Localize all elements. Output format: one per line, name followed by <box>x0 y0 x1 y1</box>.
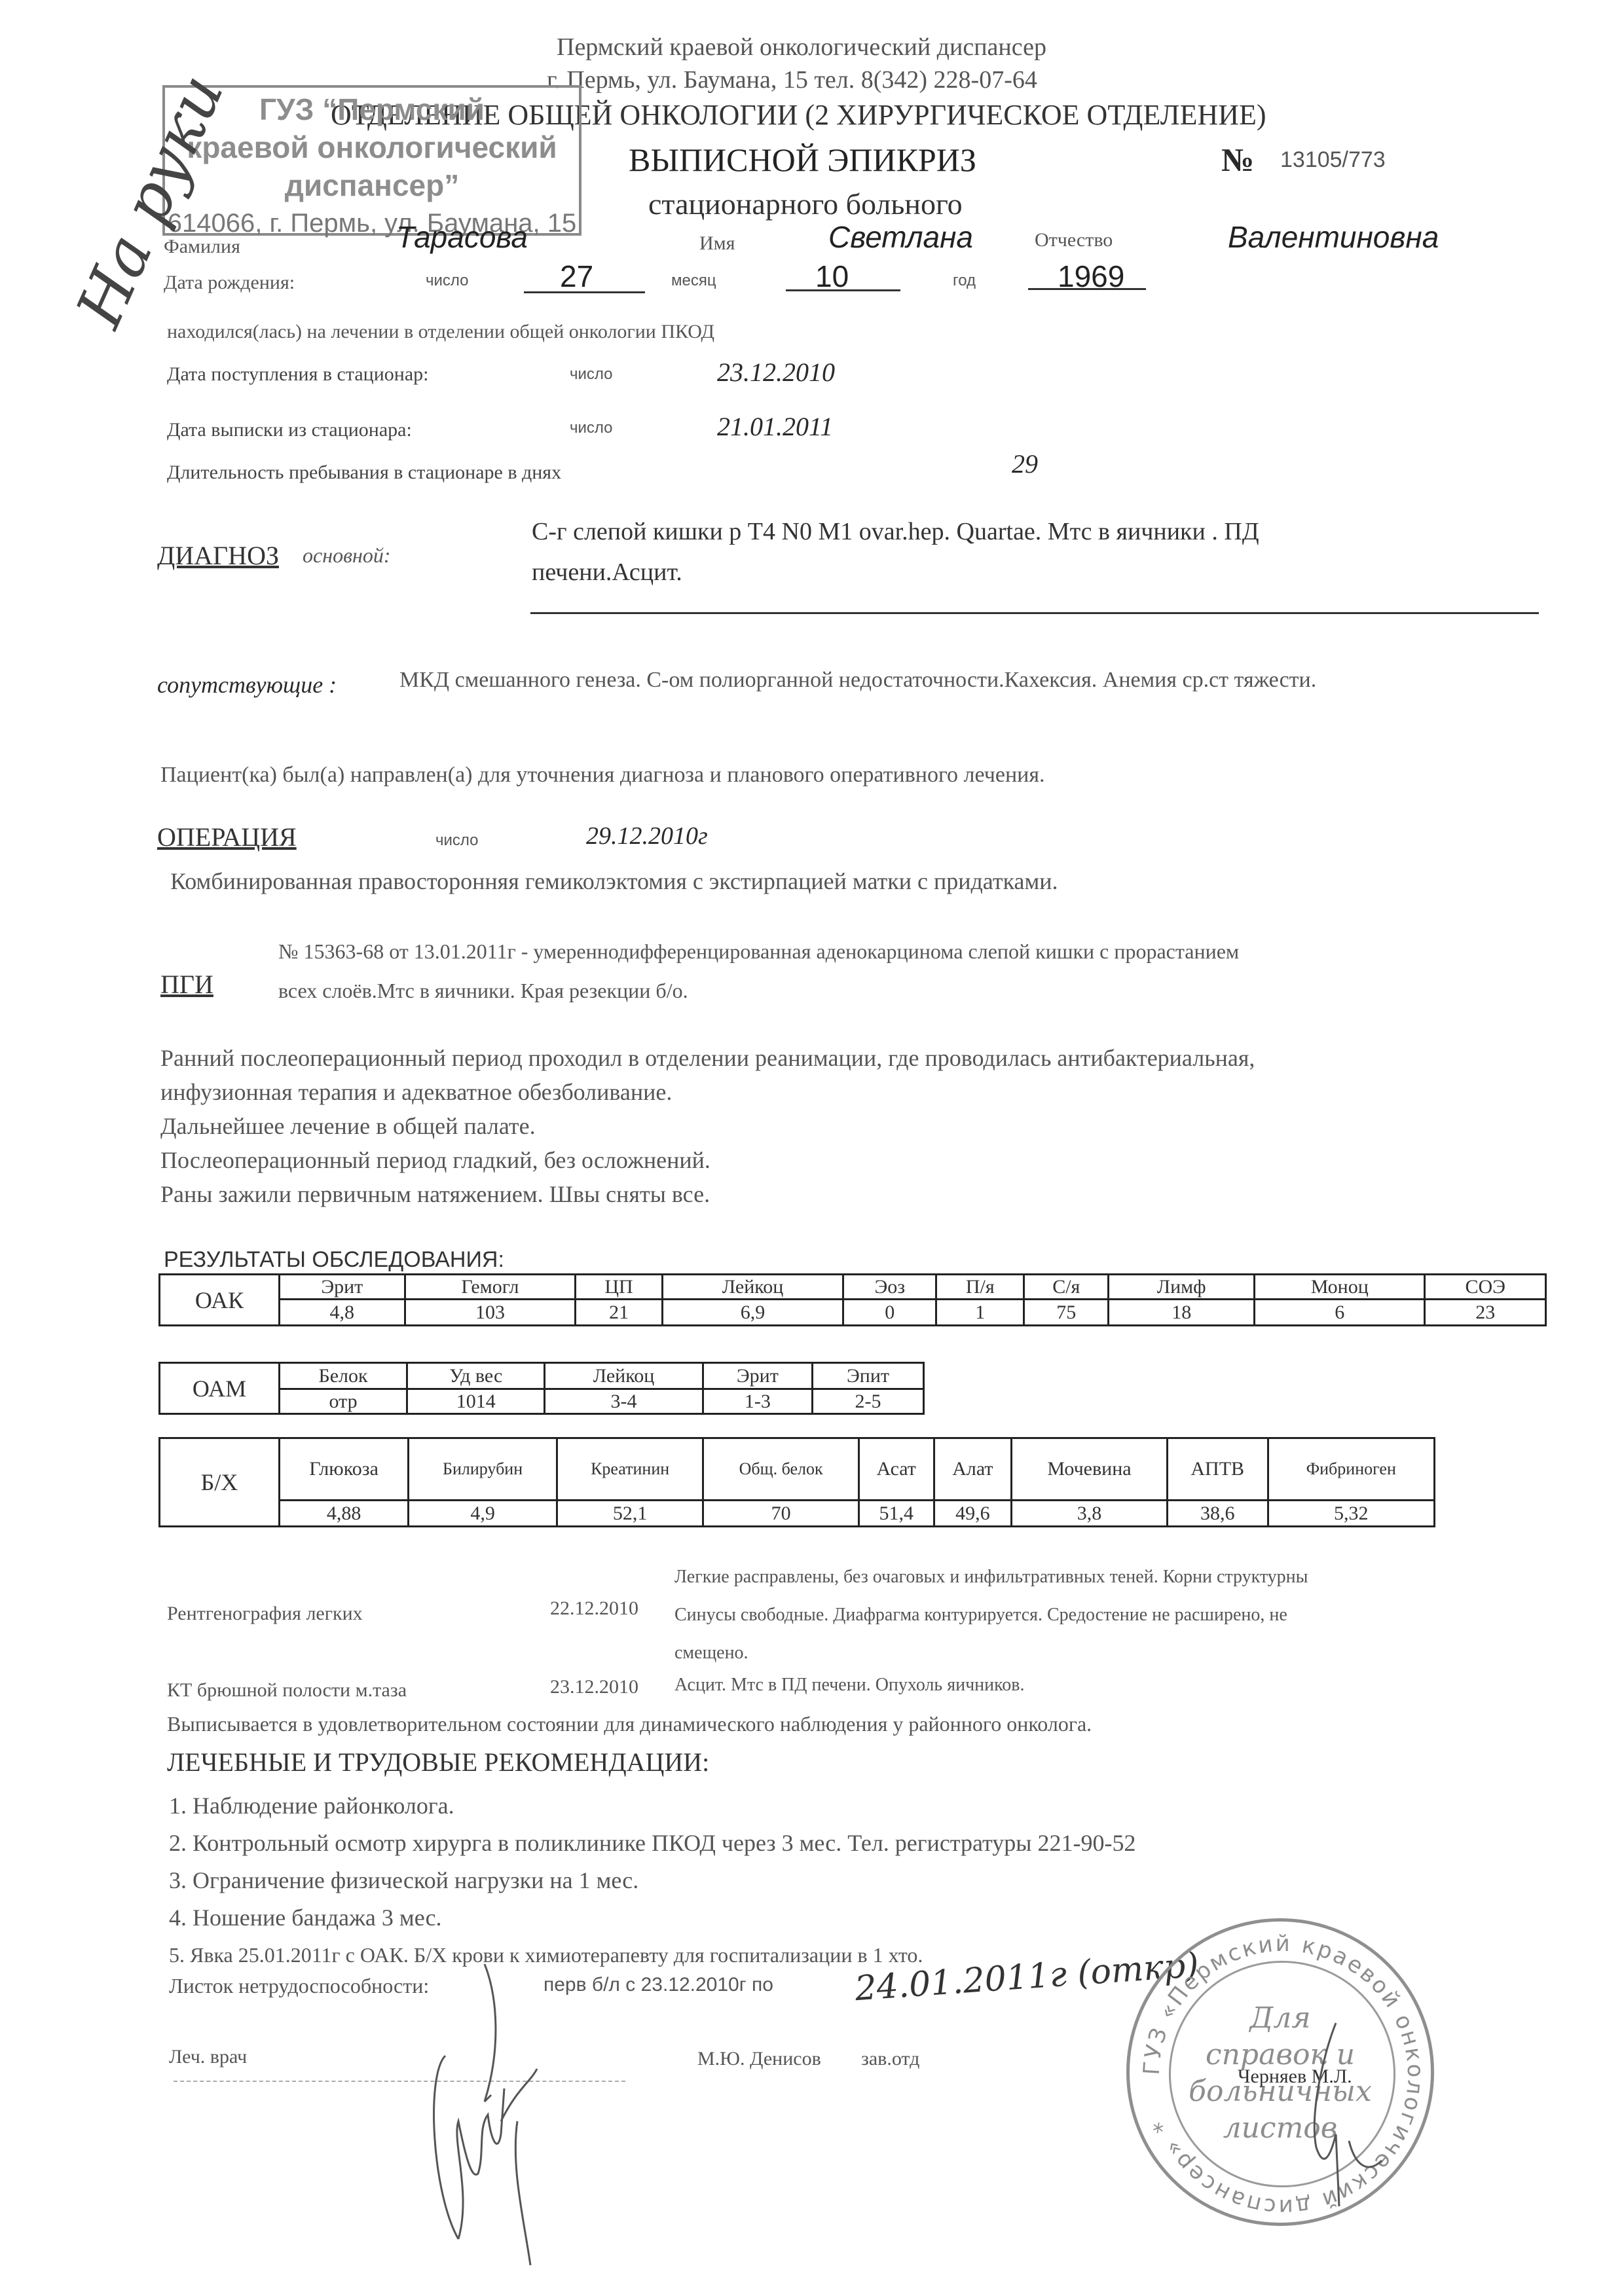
recommendations-title: ЛЕЧЕБНЫЕ И ТРУДОВЫЕ РЕКОМЕНДАЦИИ: <box>167 1747 709 1777</box>
lab-header-cell: СОЭ <box>1425 1275 1546 1300</box>
lab-header-cell: Мочевина <box>1012 1438 1168 1501</box>
bh-label: Б/Х <box>160 1438 280 1527</box>
patronymic-label: Отчество <box>1035 229 1113 251</box>
diagnosis-line-2: печени.Асцит. <box>532 558 682 587</box>
surname-value: Тарасова <box>396 219 528 255</box>
lab-value-cell: 52,1 <box>557 1501 703 1527</box>
lab-header-cell: Уд вес <box>407 1363 545 1389</box>
head-label: зав.отд <box>861 2048 919 2070</box>
lab-value-cell: отр <box>280 1389 407 1414</box>
recommendation-item: 2. Контрольный осмотр хирурга в поликлин… <box>169 1825 1135 1862</box>
lab-value-cell: 38,6 <box>1167 1501 1268 1527</box>
name-label: Имя <box>699 232 735 255</box>
head-signature <box>1277 2016 1408 2213</box>
admission-date: 23.12.2010 <box>717 357 835 388</box>
recommendations-list: 1. Наблюдение районколога. 2. Контрольны… <box>169 1787 1135 1974</box>
sick-leave-text: перв б/л с 23.12.2010г по <box>544 1974 773 1996</box>
oam-label: ОАМ <box>160 1363 280 1414</box>
lab-header-cell: П/я <box>936 1275 1024 1300</box>
lab-header-cell: Асат <box>858 1438 934 1501</box>
dob-year-label: год <box>953 272 976 290</box>
lab-value-cell: 70 <box>703 1501 859 1527</box>
lab-value-cell: 1-3 <box>703 1389 812 1414</box>
operation-date-label: число <box>435 831 479 850</box>
stamp-line-2: краевой онкологический <box>165 128 579 166</box>
lab-value-cell: 51,4 <box>858 1501 934 1527</box>
operation-description: Комбинированная правосторонняя гемиколэк… <box>170 867 1058 895</box>
imaging-ct-date: 23.12.2010 <box>550 1676 638 1698</box>
name-value: Светлана <box>828 219 973 255</box>
lab-header-cell: Лимф <box>1109 1275 1255 1300</box>
lab-header-cell: Билирубин <box>409 1438 557 1501</box>
document-subtitle: стационарного больного <box>648 187 963 221</box>
lab-header-cell: ЦП <box>576 1275 663 1300</box>
diagnosis-underline <box>530 612 1539 614</box>
lab-header-cell: Эоз <box>843 1275 936 1300</box>
lab-header-cell: Лейкоц <box>662 1275 843 1300</box>
doctor-name: М.Ю. Денисов <box>697 2048 821 2070</box>
lab-value-cell: 0 <box>843 1300 936 1326</box>
results-title: РЕЗУЛЬТАТЫ ОБСЛЕДОВАНИЯ: <box>164 1247 504 1273</box>
surname-label: Фамилия <box>164 236 240 258</box>
discharge-note: Выписывается в удовлетворительном состоя… <box>167 1712 1092 1736</box>
histology-line-2: всех слоёв.Мтс в яичники. Края резекции … <box>278 979 688 1003</box>
lab-value-cell: 1014 <box>407 1389 545 1414</box>
oak-table: ОАК ЭритГемоглЦПЛейкоцЭозП/яС/яЛимфМоноц… <box>158 1273 1547 1326</box>
document-title: ВЫПИСНОЙ ЭПИКРИЗ <box>629 141 976 179</box>
dob-month-underline <box>786 289 900 291</box>
lab-header-cell: Моноц <box>1255 1275 1425 1300</box>
lab-value-cell: 3-4 <box>545 1389 703 1414</box>
dob-day-label: число <box>426 272 469 290</box>
duration-days: 29 <box>1012 448 1038 479</box>
diagnosis-label: ДИАГНОЗ <box>157 540 279 571</box>
lab-header-cell: Глюкоза <box>280 1438 409 1501</box>
lab-value-cell: 6,9 <box>662 1300 843 1326</box>
postop-line: Послеоперационный период гладкий, без ос… <box>160 1143 1255 1177</box>
institution-address: г. Пермь, ул. Баумана, 15 тел. 8(342) 22… <box>547 65 1037 94</box>
operation-date: 29.12.2010г <box>586 822 708 850</box>
imaging-xray-date: 22.12.2010 <box>550 1597 638 1620</box>
dob-month-label: месяц <box>671 272 716 290</box>
concomitant-text: МКД смешанного генеза. С-ом полиорганной… <box>399 668 1316 693</box>
histology-line-1: № 15363-68 от 13.01.2011г - умереннодифф… <box>278 939 1239 964</box>
lab-header-cell: Эрит <box>280 1275 405 1300</box>
lab-value-cell: 4,9 <box>409 1501 557 1527</box>
recommendation-item: 1. Наблюдение районколога. <box>169 1787 1135 1825</box>
recommendation-item: 3. Ограничение физической нагрузки на 1 … <box>169 1862 1135 1899</box>
document-number-label: № <box>1221 141 1254 179</box>
stay-intro: находился(лась) на лечении в отделении о… <box>167 321 714 343</box>
lab-value-cell: 6 <box>1255 1300 1425 1326</box>
lab-value-cell: 23 <box>1425 1300 1546 1326</box>
lab-value-cell: 2-5 <box>813 1389 924 1414</box>
lab-header-cell: Фибриноген <box>1268 1438 1435 1501</box>
imaging-finding-line: Легкие расправлены, без очаговых и инфил… <box>674 1558 1308 1596</box>
imaging-xray-findings: Легкие расправлены, без очаговых и инфил… <box>674 1558 1308 1672</box>
discharge-sub: число <box>570 419 613 437</box>
dob-year-underline <box>1028 288 1146 290</box>
lab-value-cell: 5,32 <box>1268 1501 1435 1527</box>
bh-table: Б/Х ГлюкозаБилирубинКреатининОбщ. белокА… <box>158 1437 1435 1527</box>
imaging-ct-name: КТ брюшной полости м.таза <box>167 1679 407 1702</box>
recommendation-item: 4. Ношение бандажа 3 мес. <box>169 1899 1135 1937</box>
referral-text: Пациент(ка) был(а) направлен(а) для уточ… <box>160 763 1044 788</box>
imaging-xray-name: Рентгенография легких <box>167 1603 363 1625</box>
lab-value-cell: 103 <box>405 1300 576 1326</box>
dob-label: Дата рождения: <box>164 272 295 294</box>
postop-line: инфузионная терапия и адекватное обезбол… <box>160 1075 1255 1109</box>
lab-value-cell: 75 <box>1024 1300 1109 1326</box>
lab-header-cell: АПТВ <box>1167 1438 1268 1501</box>
lab-header-cell: Эпит <box>813 1363 924 1389</box>
operation-label: ОПЕРАЦИЯ <box>157 822 297 852</box>
institution-name: Пермский краевой онкологический диспансе… <box>557 33 1046 62</box>
imaging-finding-line: Синусы свободные. Диафрагма контурируетс… <box>674 1596 1308 1634</box>
lab-value-cell: 49,6 <box>934 1501 1011 1527</box>
lab-value-cell: 4,88 <box>280 1501 409 1527</box>
doctor-label: Леч. врач <box>169 2046 247 2068</box>
admission-label: Дата поступления в стационар: <box>167 363 428 386</box>
lab-header-cell: Лейкоц <box>545 1363 703 1389</box>
oam-table: ОАМ БелокУд весЛейкоцЭритЭпит отр10143-4… <box>158 1362 925 1415</box>
lab-header-cell: Эрит <box>703 1363 812 1389</box>
admission-sub: число <box>570 365 613 384</box>
doctor-signature <box>367 1958 576 2272</box>
postop-line: Раны зажили первичным натяжением. Швы сн… <box>160 1177 1255 1211</box>
discharge-date: 21.01.2011 <box>717 411 833 442</box>
imaging-finding-line: смещено. <box>674 1634 1308 1672</box>
dob-day-underline <box>524 291 645 293</box>
document-number: 13105/773 <box>1280 147 1386 173</box>
dob-month: 10 <box>815 259 849 294</box>
histology-label: ПГИ <box>160 969 213 1000</box>
lab-header-cell: Общ. белок <box>703 1438 859 1501</box>
patronymic-value: Валентиновна <box>1228 219 1439 255</box>
concomitant-label: сопутствующие : <box>157 671 337 699</box>
imaging-ct-findings: Асцит. Мтс в ПД печени. Опухоль яичников… <box>674 1675 1025 1696</box>
lab-value-cell: 1 <box>936 1300 1024 1326</box>
lab-header-cell: Алат <box>934 1438 1011 1501</box>
postop-line: Ранний послеоперационный период проходил… <box>160 1041 1255 1075</box>
duration-label: Длительность пребывания в стационаре в д… <box>167 462 561 484</box>
dob-day: 27 <box>560 259 593 294</box>
lab-header-cell: Гемогл <box>405 1275 576 1300</box>
lab-value-cell: 21 <box>576 1300 663 1326</box>
lab-header-cell: Белок <box>280 1363 407 1389</box>
diagnosis-sublabel: основной: <box>303 543 391 568</box>
discharge-label: Дата выписки из стационара: <box>167 419 412 441</box>
postop-line: Дальнейшее лечение в общей палате. <box>160 1109 1255 1143</box>
postop-course: Ранний послеоперационный период проходил… <box>160 1041 1255 1211</box>
lab-value-cell: 3,8 <box>1012 1501 1168 1527</box>
lab-value-cell: 4,8 <box>280 1300 405 1326</box>
lab-value-cell: 18 <box>1109 1300 1255 1326</box>
lab-header-cell: С/я <box>1024 1275 1109 1300</box>
lab-header-cell: Креатинин <box>557 1438 703 1501</box>
diagnosis-line-1: С-г слепой кишки р Т4 N0 M1 ovar.hep. Qu… <box>532 517 1259 546</box>
stamp-line-3: диспансер” <box>165 166 579 204</box>
oak-label: ОАК <box>160 1275 280 1326</box>
